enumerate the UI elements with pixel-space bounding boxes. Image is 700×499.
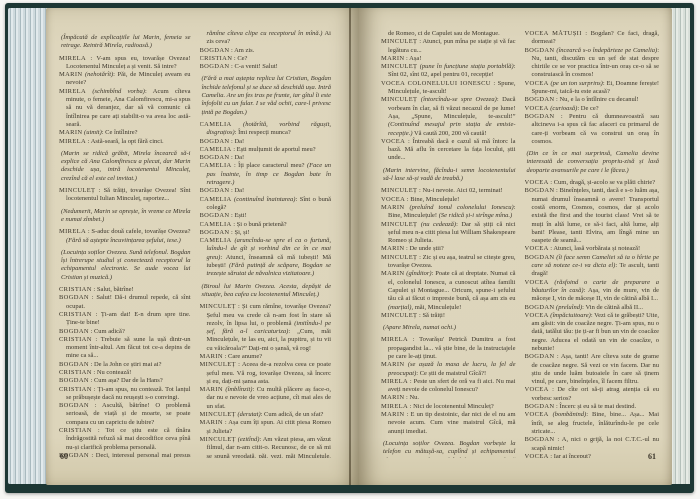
dialogue-line: MINCULEȚ (întorcîndu-se spre Ovezea): Da…	[381, 96, 516, 137]
dialogue-line: MIRELA : Peste un sfert de oră va fi aic…	[381, 378, 516, 395]
dialogue-line: BOGDAN : Așa, tanti! Are cîteva sute de …	[525, 353, 660, 386]
dialogue-line: BOGDAN : Încerc și eu să te mai destind.	[525, 403, 660, 411]
dialogue-line: VOCEA : Cum, dragă, și-acolo se va plăti…	[525, 179, 660, 187]
dialogue-line: CRISTIAN : Ți-am spus, nu contează. Tot …	[59, 386, 191, 403]
dialogue-line: BOGDAN : De la John ce știri mai ai?	[59, 361, 191, 369]
stage-direction: (Locuința soților Ovezea. Sună telefonul…	[59, 249, 191, 282]
dialogue-line: BOGDAN : Nu, e la o întîlnire cu decanul…	[525, 96, 660, 104]
dialogue-line: MIRELA : V-am spus eu, tovarășe Ovezea! …	[59, 55, 191, 72]
dialogue-line: CRISTIAN : Nu contează!	[59, 369, 191, 377]
dialogue-line: MARIN (gînditor): Poate că ai dreptate. …	[381, 270, 516, 311]
dialogue-line: VOCEA : Întreabă dacă e cazul să mă înto…	[381, 138, 516, 163]
left-page-columns: (Împăcată de explicațiile lui Marin, fem…	[59, 30, 331, 458]
dialogue-line: MARIN (preluînd tonul colonelului Ionesc…	[381, 204, 516, 221]
dialogue-line: MINCULEȚ (nu cedează): Dar să știți că n…	[381, 221, 516, 246]
dialogue-line: MARIN : Care anume?	[200, 353, 332, 361]
dialogue-line: MARIN : De unde știi?	[381, 245, 516, 253]
dialogue-line: CRISTIAN : Tot ce știu este că tînăra în…	[59, 427, 191, 452]
dialogue-line: MIRELA (schimbînd vorba): Acum cîteva mi…	[59, 88, 191, 129]
book-cover: (Împăcată de explicațiile lui Marin, fem…	[5, 3, 694, 493]
dialogue-line: VOCEA : De cîte ori să-ți atrag atenția …	[525, 386, 660, 403]
dialogue-line: BOGDAN : Și, și!	[200, 229, 332, 237]
dialogue-line: VOCEA (răsfoind o carte de preparare a b…	[525, 279, 660, 304]
stage-direction: (Apare Mirela, numai ochi.)	[381, 324, 516, 332]
dialogue-line: VOCEA (bombănind): Bine, bine... Așa... …	[525, 411, 660, 436]
book-gutter	[349, 8, 351, 485]
stage-direction: (Biroul lui Marin Ovezea. Acesta, depăși…	[200, 283, 332, 300]
dialogue-line: MARIN (se așază la masa de lucru, la fel…	[381, 361, 516, 378]
dialogue-line: CRISTIAN : Ce?	[200, 55, 332, 63]
dialogue-line: VOCEA COLONELULUI IONESCU : Spune, Mincu…	[381, 80, 516, 97]
dialogue-line: CRISTIAN : Trebuie să sune la ușă dintr-…	[59, 336, 191, 361]
dialogue-line: VOCEA (împăciuitoare): Vezi că te grăbeș…	[525, 312, 660, 353]
dialogue-line: CAMELIA (continuînd înaintarea): Sînt o …	[200, 196, 332, 213]
dialogue-line: BOGDAN : Cum așa? Dar de la Hans?	[59, 377, 191, 385]
dialogue-line: MINCULEȚ : Zic și eu așa, teatrul se cit…	[381, 254, 516, 271]
dialogue-line: BOGDAN : Da!	[200, 187, 332, 195]
dialogue-line: MARIN : Așa cum îți spun. Ai citit piesa…	[200, 419, 332, 436]
left-page: (Împăcată de explicațiile lui Marin, fem…	[46, 8, 359, 485]
dialogue-line: VOCEA (pe un ton surprins): Ei, Doamne f…	[525, 80, 660, 97]
dialogue-line: MIRELA : Astă-seară, la opt fără cinci.	[59, 138, 191, 146]
text-column: (Împăcată de explicațiile lui Marin, fem…	[59, 30, 191, 458]
dialogue-line: CAMELIA (aruncîndu-se spre el ca o furtu…	[200, 237, 332, 278]
dialogue-line: BOGDAN : Am zis.	[200, 47, 332, 55]
dialogue-line: MARIN : Așa!	[381, 55, 516, 63]
stage-direction: (Marin se ridică grăbit, Mirela încearcă…	[59, 150, 191, 183]
dialogue-line: MARIN : E un tip destoinic, dar nici de …	[381, 411, 516, 436]
dialogue-line: BOGDAN : Salut! Dă-i drumul repede, că s…	[59, 294, 191, 311]
dialogue-line: BOGDAN : Da!	[200, 138, 332, 146]
dialogue-line: MINCULEȚ (pune în funcțiune stația porta…	[381, 63, 516, 80]
dialogue-line: MIRELA : Nici de locotenentul Minculeț?	[381, 403, 516, 411]
dialogue-line: BOGDAN : A, nici o grijă, la noi C.T.C.-…	[525, 436, 660, 453]
dialogue-line: MINCULEȚ (ezitînd): Am văzut piesa, am v…	[200, 436, 332, 458]
dialogue-line: BOGDAN : Cum adică?	[59, 328, 191, 336]
dialogue-line: MINCULEȚ (derutat): Cum adică, de un sfa…	[200, 411, 332, 419]
dialogue-line: BOGDAN : Deci, interesul personal mai pr…	[59, 452, 191, 458]
dialogue-line: CAMELIA : Și o bună prietenă?	[200, 221, 332, 229]
dialogue-line: MARIN (nehotărît): Păi, de Minculeț avea…	[59, 71, 191, 88]
page-number-left: 60	[60, 452, 68, 461]
dialogue-line: BOGDAN (îi face semn Cameliei să ia o hî…	[525, 254, 660, 279]
dialogue-line: CAMELIA : Îți place caracterul meu? (Fac…	[200, 162, 332, 187]
dialogue-line: MINCULEȚ : Atunci, pun mîna pe stație și…	[381, 38, 516, 55]
text-column: de Romeo, ci de Capulet sau de Montague.…	[381, 30, 516, 458]
dialogue-line: BOGDAN (preluînd): Vin de cătină albă II…	[525, 304, 660, 312]
dialogue-line: CRISTIAN : Salut, bătrîne!	[59, 286, 191, 294]
right-page: de Romeo, ci de Capulet sau de Montague.…	[359, 8, 672, 485]
dialogue-line: CRISTIAN : Ți-am dat! E-n drum spre tine…	[59, 311, 191, 328]
dialogue-line: MINCULEȚ : Să trăiți, tovarășe Ovezea! S…	[59, 187, 191, 204]
dialogue-line: CAMELIA : Ești mulțumit de aportul meu?	[200, 146, 332, 154]
dialogue-line: VOCEA : Bine, Minculețule!	[381, 196, 516, 204]
dialogue-line: MINCULEȚ : Aceea de-a rezolva ceea ce po…	[200, 361, 332, 386]
page-number-right: 61	[648, 452, 656, 461]
dialogue-line: MINCULEȚ : Și cum rămîne, tovarășe Oveze…	[200, 303, 332, 353]
right-page-columns: de Romeo, ci de Capulet sau de Montague.…	[381, 30, 659, 458]
dialogue-line: rămîne cîteva clipe cu receptorul în mîn…	[200, 30, 332, 47]
stage-direction: (Din ce în ce mai surprinsă, Camelia dev…	[525, 150, 660, 175]
dialogue-line: BOGDAN : C-a venit! Salut!	[200, 63, 332, 71]
dialogue-line: VOCEA : Iar ai început?	[525, 453, 660, 458]
stage-direction: (Împăcată de explicațiile lui Marin, fem…	[59, 34, 191, 51]
dialogue-line: MINCULEȚ : Nu-i nevoie. Aici 02, termina…	[381, 187, 516, 195]
dialogue-line: CAMELIA (hotărîtă, vorbind răgușit, disg…	[200, 121, 332, 138]
dialogue-line: MIRELA : S-aduc două cafele, tovarășe Ov…	[59, 228, 191, 245]
dialogue-line: MINCULEȚ : Să trăiți!	[381, 312, 516, 320]
dialogue-line: MIRELA : Tovarășu' Petrică Dumitru a fos…	[381, 336, 516, 361]
page-edges-left	[8, 8, 48, 484]
book-photo: (Împăcată de explicațiile lui Marin, fem…	[0, 0, 700, 499]
dialogue-line: MARIN (îmblînzit): Cu multă plăcere aș f…	[200, 386, 332, 411]
stage-direction: (Fără a mai aștepta replica lui Cristian…	[200, 75, 332, 116]
dialogue-line: VOCEA (curioasă): De ce?	[525, 105, 660, 113]
dialogue-line: de Romeo, ci de Capulet sau de Montague.	[381, 30, 516, 38]
dialogue-line: VOCEA : Atunci, lasă vorbăraia și noteaz…	[525, 245, 660, 253]
open-spread: (Împăcată de explicațiile lui Marin, fem…	[46, 8, 672, 485]
dialogue-line: VOCEA MĂTUȘII : Bogdan? Ce faci, dragă, …	[525, 30, 660, 47]
dialogue-line: BOGDAN (încearcă s-o îndepărteze pe Came…	[525, 47, 660, 80]
dialogue-line: MARIN (uimit): Ce întîlnire?	[59, 129, 191, 137]
dialogue-line: BOGDAN : Pentru că dumneavoastră sau alt…	[525, 113, 660, 146]
dialogue-line: BOGDAN : Ești!	[200, 212, 332, 220]
dialogue-line: BOGDAN : Ascultă, bătrîne! O problemă se…	[59, 402, 191, 427]
stage-direction: (Locuința soților Ovezea. Bogdan vorbeșt…	[381, 440, 516, 458]
text-column: rămîne cîteva clipe cu receptorul în mîn…	[200, 30, 332, 458]
stage-direction: (Nedumerit, Marin se oprește, în vreme c…	[59, 208, 191, 225]
dialogue-line: BOGDAN : Bineînțeles, tanti, dacă e s-o …	[525, 187, 660, 245]
text-column: VOCEA MĂTUȘII : Bogdan? Ce faci, dragă, …	[525, 30, 660, 458]
dialogue-line: MARIN : Nu.	[381, 394, 516, 402]
stage-direction: (Marin intervine, făcîndu-i semn locoten…	[381, 167, 516, 184]
